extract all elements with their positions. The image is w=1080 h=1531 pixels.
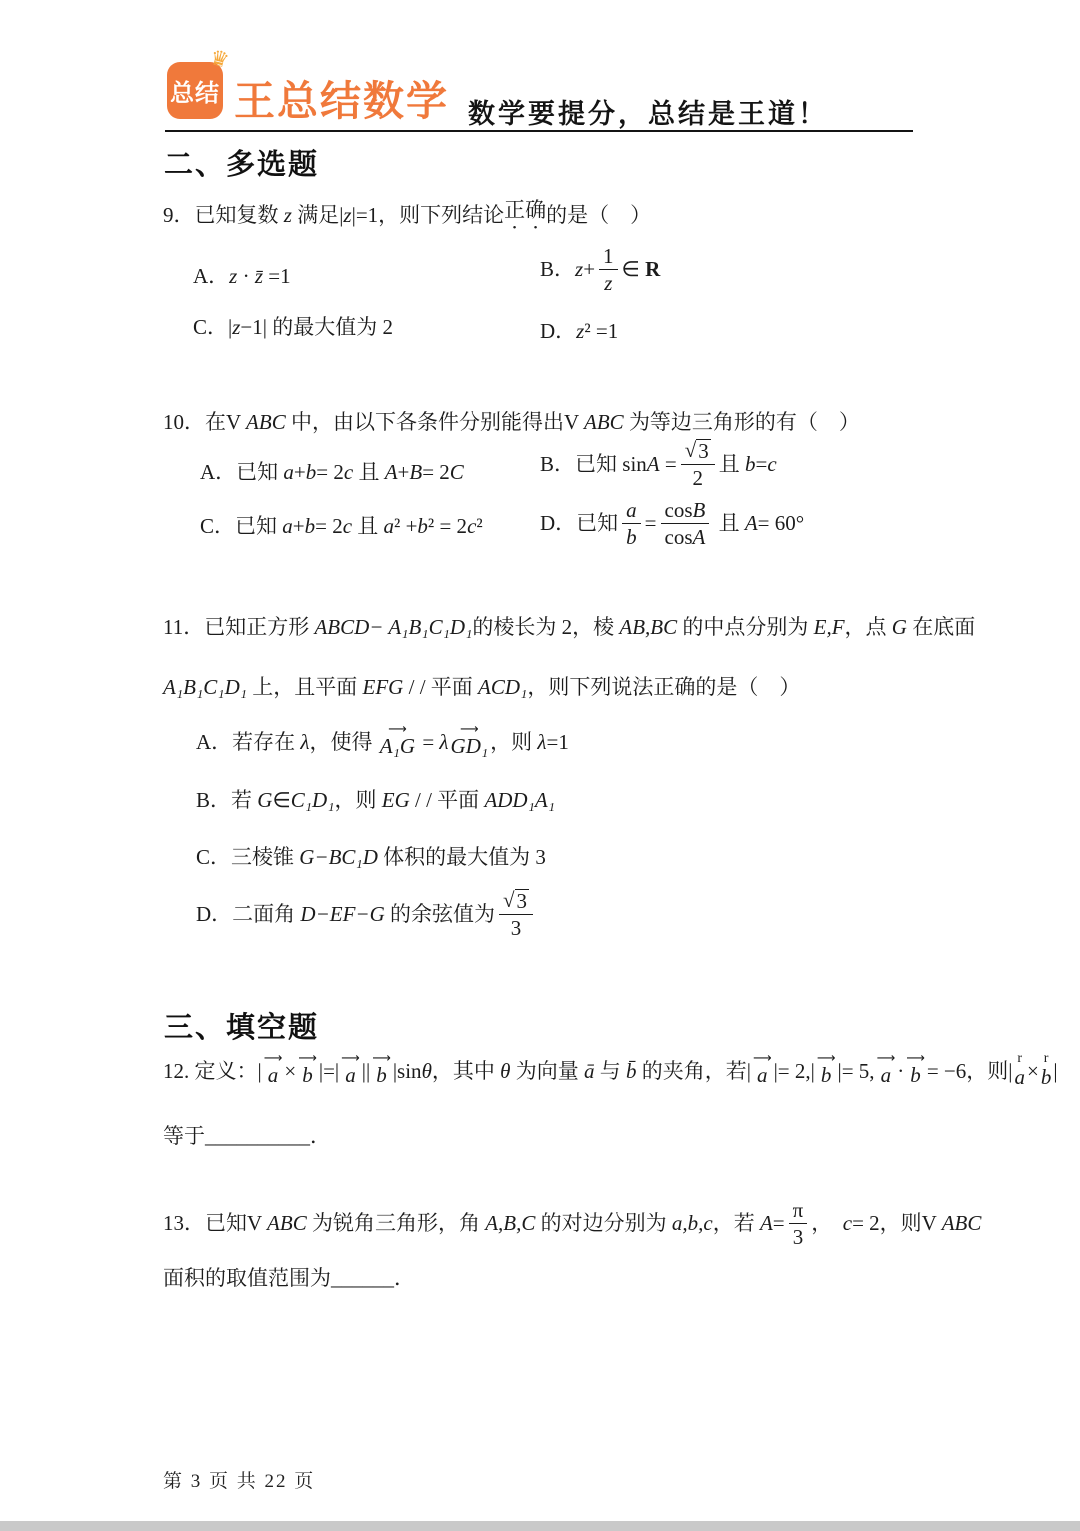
text-run: AB,BC [619, 613, 677, 641]
fraction-denominator: b [622, 524, 641, 549]
text-run: 的中点分别为 [677, 613, 814, 641]
question-11-option-d: D．二面角 D−EF−G 的余弦值为√33 [196, 888, 537, 940]
text-run: ABC [262, 1209, 312, 1237]
text-run: A₁B₁C₁D₁ [163, 673, 247, 701]
vector-body: b [821, 1063, 832, 1087]
radicand: 3 [515, 889, 530, 913]
text-run: C₁D₁ [291, 786, 335, 814]
text-run: + [583, 255, 595, 283]
text-run: z̄ [255, 262, 263, 290]
text-run: 的对边分别为 [535, 1209, 672, 1237]
vector-arrow-icon: ⟶ [298, 1055, 317, 1063]
text-run: = [773, 1209, 785, 1237]
text-run: 中，由以下各条件分别能得出 [291, 408, 564, 436]
text-run: | [811, 1057, 815, 1085]
text-run: C． [193, 313, 228, 341]
text-run: = [417, 728, 439, 756]
fraction: π3 [789, 1198, 808, 1249]
text-run: A [693, 525, 706, 549]
text-run: A．已知 [200, 458, 283, 486]
text-run: = 2 [422, 458, 450, 486]
text-run: | [258, 1057, 262, 1085]
fraction: 1z [599, 244, 618, 295]
text-run: 与 [594, 1057, 626, 1085]
text-run: = [645, 509, 657, 537]
vector-r-mark: r [1044, 1053, 1049, 1065]
fraction-numerator: √3 [681, 438, 715, 465]
text-run: ABC [937, 1209, 982, 1237]
square-root: √3 [503, 889, 529, 913]
fraction-denominator: cosA [661, 524, 710, 549]
fraction-numerator: a [622, 498, 641, 524]
text-run: R [640, 255, 660, 283]
text-run: | [1053, 1057, 1057, 1085]
vector-r-expression: ra [1015, 1053, 1026, 1089]
vector-r-mark: r [1017, 1053, 1022, 1065]
text-run: 满足 [292, 201, 339, 229]
text-run: ACD₁ [478, 673, 527, 701]
text-run: D．二面角 [196, 900, 300, 928]
text-run: A₁G [380, 734, 415, 758]
text-run: D．已知 [540, 509, 618, 537]
question-9-option-b: B．z+1z∈ R [540, 244, 660, 295]
crown-icon: ♛ [208, 47, 232, 72]
text-run: G [892, 613, 907, 641]
text-run: ABC [241, 408, 291, 436]
text-run: a [345, 1063, 356, 1087]
question-9-stem: 9．已知复数 z 满足|z|=1，则下列结论正确的是（ ） [163, 196, 651, 234]
text-run: 的是（ ） [546, 201, 651, 229]
text-run: b [417, 512, 428, 540]
text-run: π [793, 1198, 804, 1222]
vector-body: a [345, 1063, 356, 1087]
text-run: + [294, 458, 306, 486]
text-run: ，则 [335, 786, 382, 814]
text-run: ，点 [845, 613, 892, 641]
text-run: 13．已知 [163, 1209, 247, 1237]
section-heading-multiple-choice: 二、多选题 [164, 142, 319, 183]
text-run: 的最大值为 2 [267, 313, 393, 341]
text-run: ā [584, 1057, 595, 1085]
text-run: = [323, 1057, 335, 1085]
text-run: B [693, 498, 706, 522]
text-run: cos [665, 525, 693, 549]
text-run: = [755, 450, 767, 478]
text-run: = 2 [316, 458, 344, 486]
brand-title: 王总结数学 [234, 68, 449, 127]
fraction-denominator: 3 [789, 1224, 808, 1249]
text-run: 且 [719, 450, 745, 478]
question-9-option-d: D．z² =1 [540, 317, 618, 345]
vector-arrow-icon: ⟶ [817, 1055, 836, 1063]
text-run: · [897, 1057, 904, 1085]
fraction-numerator: √3 [499, 888, 533, 915]
text-run: b [910, 1063, 921, 1087]
question-13-line2: 面积的取值范围为______． [163, 1264, 415, 1292]
text-run: a [384, 512, 395, 540]
question-10-stem: 10．在V ABC 中，由以下各条件分别能得出V ABC 为等边三角形的有（ ） [163, 408, 860, 436]
fraction-denominator: 3 [507, 915, 526, 940]
text-run: ，则 [490, 728, 537, 756]
question-11-stem-line1: 11．已知正方形 ABCD− A₁B₁C₁D₁的棱长为 2，棱 AB,BC 的中… [163, 613, 975, 641]
vector-arrow-icon: ⟶ [341, 1055, 360, 1063]
vector-body: a [881, 1063, 892, 1087]
text-run: 的夹角，若 [636, 1057, 746, 1085]
text-run: D−EF−G [300, 900, 384, 928]
question-9-option-c: C．|z−1| 的最大值为 2 [193, 313, 393, 341]
text-run: V [226, 408, 241, 436]
text-run: A [385, 458, 398, 486]
text-run: θ [422, 1057, 432, 1085]
vector-expression: ⟶b [298, 1055, 317, 1088]
question-10-option-a: A．已知 a+b= 2c 且 A+B= 2C [200, 458, 464, 486]
vector-arrow-icon: ⟶ [372, 1055, 391, 1063]
text-run: cos [665, 498, 693, 522]
text-run: ，使得 [310, 728, 378, 756]
vector-body: A₁G [380, 734, 415, 758]
radicand: 3 [696, 439, 711, 463]
text-run: 3 [511, 916, 522, 940]
question-11-option-b: B．若 G∈C₁D₁，则 EG / / 平面 ADD₁A₁ [196, 786, 555, 814]
text-run: 上，且平面 [247, 673, 363, 701]
text-run: z [576, 317, 584, 345]
text-run: =1 [263, 262, 291, 290]
text-run: ABCD− A₁B₁C₁D₁ [314, 613, 472, 641]
text-run: ，则 [966, 1057, 1008, 1085]
text-run: θ [500, 1057, 510, 1085]
text-run: = 5, [842, 1057, 875, 1085]
text-run: a,b,c [672, 1209, 713, 1237]
text-run: ABC [579, 408, 629, 436]
text-run: z [232, 313, 240, 341]
text-run: 面积的取值范围为 [163, 1264, 331, 1292]
text-run: ______ [331, 1264, 394, 1292]
text-run: b [626, 525, 637, 549]
question-12-line1: 12. 定义：|⟶a×⟶b|=|⟶a||⟶b|sinθ，其中 θ 为向量 ā 与… [163, 1053, 1058, 1089]
vector-r-expression: rb [1041, 1053, 1052, 1089]
text-run: G [257, 786, 272, 814]
text-run: 且 [353, 458, 385, 486]
text-run: λ [439, 728, 448, 756]
text-run: 9．已知复数 [163, 201, 284, 229]
text-run: b [1041, 1065, 1052, 1089]
vector-expression: ⟶a [264, 1055, 283, 1088]
fraction-numerator: cosB [661, 498, 710, 524]
vector-expression: ⟶b [906, 1055, 925, 1088]
text-run: EG [382, 786, 410, 814]
text-run: || [362, 1057, 370, 1085]
vector-body: b [1041, 1065, 1052, 1089]
text-run: A,B,C [485, 1209, 535, 1237]
text-run: c [467, 512, 476, 540]
brand-logo-badge: 总结 ♛ [167, 62, 223, 119]
vector-body: b [376, 1063, 387, 1087]
text-run: = [660, 450, 677, 478]
radical-sign: √ [503, 889, 515, 913]
text-run: 在底面 [907, 613, 975, 641]
text-run: C [450, 458, 464, 486]
text-run: B．若 [196, 786, 257, 814]
text-run: ． [394, 1264, 415, 1292]
brand-slogan: 数学要提分，总结是王道！ [468, 92, 828, 131]
fraction-numerator: π [789, 1198, 808, 1224]
vector-arrow-icon: ⟶ [877, 1055, 896, 1063]
text-run: ，则下列结论 [378, 201, 504, 229]
vector-expression: ⟶a [341, 1055, 360, 1088]
text-run: C．已知 [200, 512, 282, 540]
text-run: b [306, 458, 317, 486]
text-run: | [335, 1057, 339, 1085]
text-run: z [229, 262, 237, 290]
text-run: a [626, 498, 637, 522]
text-run: D． [540, 317, 576, 345]
text-run: ² + [394, 512, 417, 540]
text-run: = 2 [852, 1209, 880, 1237]
text-run: =1 [356, 201, 378, 229]
text-run: EFG [363, 673, 404, 701]
question-9-option-a: A．z · z̄ =1 [193, 262, 291, 290]
text-run: =1 [547, 728, 569, 756]
vector-expression: ⟶GD₁ [451, 726, 489, 759]
text-run: b̄ [626, 1057, 637, 1085]
text-run: 为等边三角形的有（ ） [629, 408, 860, 436]
text-run: = 2 [315, 512, 343, 540]
text-run: B． [540, 255, 575, 283]
square-root: √3 [685, 439, 711, 463]
text-run: · [237, 262, 255, 290]
text-run: a [881, 1063, 892, 1087]
text-run: ． [310, 1122, 331, 1150]
vector-body: a [268, 1063, 279, 1087]
text-run: A [760, 1209, 773, 1237]
text-run: a [1015, 1065, 1026, 1089]
text-run: −1 [240, 313, 262, 341]
text-run: V [247, 1209, 262, 1237]
vector-body: b [302, 1063, 313, 1087]
text-run: 12. 定义： [163, 1057, 258, 1085]
vector-body: a [757, 1063, 768, 1087]
text-run: B．已知 [540, 450, 622, 478]
radical-sign: √ [685, 439, 697, 463]
text-run: sin [622, 450, 647, 478]
text-run: = 60° [758, 509, 805, 537]
vector-body: GD₁ [451, 734, 489, 758]
text-run: 等于 [163, 1122, 205, 1150]
text-run: z [284, 201, 292, 229]
text-run: E,F [814, 613, 845, 641]
question-10-option-d: D．已知ab=cosBcosA 且 A= 60° [540, 498, 804, 549]
text-run: b [745, 450, 756, 478]
text-run: z [604, 271, 612, 295]
text-run: ² = 2 [428, 512, 467, 540]
text-run: 的余弦值为 [385, 900, 495, 928]
text-run: sin [397, 1057, 422, 1085]
text-run: ∈ [622, 255, 640, 283]
text-run: G−BC₁D [299, 843, 378, 871]
fraction-numerator: 1 [599, 244, 618, 270]
text-run: V [922, 1209, 937, 1237]
text-run: ² [476, 512, 482, 540]
vector-arrow-icon: ⟶ [460, 726, 479, 734]
text-run: 2 [692, 466, 703, 490]
text-run: | [747, 1057, 751, 1085]
text-run: ，则 [880, 1209, 922, 1237]
bottom-scrollbar[interactable] [0, 1521, 1080, 1531]
text-run: 为向量 [510, 1057, 584, 1085]
vector-expression: ⟶a [877, 1055, 896, 1088]
text-run: z [575, 255, 583, 283]
question-10-option-b: B．已知 sinA =√32且 b=c [540, 438, 777, 490]
text-run: A．若存在 [196, 728, 300, 756]
text-run: b [305, 512, 316, 540]
text-run: 的棱长为 2，棱 [472, 613, 619, 641]
text-run: a [757, 1063, 768, 1087]
text-run: λ [537, 728, 546, 756]
text-run: λ [300, 728, 309, 756]
text-run: B [409, 458, 422, 486]
text-run: ，若 [713, 1209, 760, 1237]
text-run: b [821, 1063, 832, 1087]
vector-expression: ⟶A₁G [380, 726, 415, 759]
text-run: b [302, 1063, 313, 1087]
text-run: / / 平面 [403, 673, 478, 701]
text-run: = 2, [778, 1057, 811, 1085]
vector-expression: ⟶b [372, 1055, 391, 1088]
text-run: ADD₁A₁ [484, 786, 555, 814]
text-run: __________ [205, 1122, 310, 1150]
text-run: 且 [352, 512, 384, 540]
fraction: cosBcosA [661, 498, 710, 549]
text-run: 3 [793, 1225, 804, 1249]
vector-expression: ⟶b [817, 1055, 836, 1088]
text-run: C．三棱锥 [196, 843, 299, 871]
text-run: ∈ [272, 786, 290, 814]
fraction: √32 [681, 438, 715, 490]
question-11-option-c: C．三棱锥 G−BC₁D 体积的最大值为 3 [196, 843, 546, 871]
text-run: 正确 [504, 196, 546, 234]
text-run: 11．已知正方形 [163, 613, 314, 641]
text-run: c [344, 458, 353, 486]
vector-body: b [910, 1063, 921, 1087]
vector-arrow-icon: ⟶ [906, 1055, 925, 1063]
text-run: A． [193, 262, 229, 290]
text-run: + [398, 458, 410, 486]
text-run: A [745, 509, 758, 537]
text-run: 为锐角三角形，角 [312, 1209, 485, 1237]
text-run: c [343, 512, 352, 540]
text-run: z [343, 201, 351, 229]
vector-expression: ⟶a [753, 1055, 772, 1088]
text-run: 1 [603, 244, 614, 268]
text-run: / / 平面 [410, 786, 485, 814]
fraction-denominator: 2 [688, 465, 707, 490]
text-run: a [283, 458, 294, 486]
text-run: ，其中 [432, 1057, 500, 1085]
text-run: ，则下列说法正确的是（ ） [527, 673, 800, 701]
question-11-stem-line2: A₁B₁C₁D₁ 上，且平面 EFG / / 平面 ACD₁，则下列说法正确的是… [163, 673, 800, 701]
document-page: 总结 ♛ 王总结数学 数学要提分，总结是王道！ 二、多选题 9．已知复数 z 满… [0, 0, 1080, 1531]
text-run: c [767, 450, 776, 478]
text-run: b [376, 1063, 387, 1087]
text-run: 且 [713, 509, 745, 537]
text-run: ² =1 [584, 317, 618, 345]
page-number-label: 第 3 页 共 22 页 [163, 1466, 315, 1493]
fraction: √33 [499, 888, 533, 940]
logo-badge-label: 总结 [170, 73, 220, 108]
text-run: a [268, 1063, 279, 1087]
text-run: GD₁ [451, 734, 489, 758]
fraction: ab [622, 498, 641, 549]
vector-arrow-icon: ⟶ [264, 1055, 283, 1063]
text-run: + [293, 512, 305, 540]
text-run: c [843, 1209, 852, 1237]
text-run: × [1027, 1057, 1039, 1085]
text-run: 体积的最大值为 3 [378, 843, 546, 871]
question-11-option-a: A．若存在 λ，使得 ⟶A₁G = λ⟶GD₁，则 λ=1 [196, 726, 569, 759]
text-run: × [284, 1057, 296, 1085]
text-run: V [564, 408, 579, 436]
section-heading-fill-in-blank: 三、填空题 [164, 1005, 319, 1046]
vector-arrow-icon: ⟶ [753, 1055, 772, 1063]
text-run: A [647, 450, 660, 478]
text-run: | [1008, 1057, 1012, 1085]
header-divider [165, 130, 913, 132]
fraction-denominator: z [600, 270, 616, 295]
text-run: ， [811, 1209, 843, 1237]
vector-arrow-icon: ⟶ [388, 726, 407, 734]
vector-body: a [1015, 1065, 1026, 1089]
text-run: 10．在 [163, 408, 226, 436]
text-run: a [282, 512, 293, 540]
question-13-line1: 13．已知V ABC 为锐角三角形，角 A,B,C 的对边分别为 a,b,c，若… [163, 1198, 981, 1249]
question-12-line2: 等于__________． [163, 1122, 331, 1150]
question-10-option-c: C．已知 a+b= 2c 且 a² +b² = 2c² [200, 512, 483, 540]
text-run: = −6 [927, 1057, 966, 1085]
